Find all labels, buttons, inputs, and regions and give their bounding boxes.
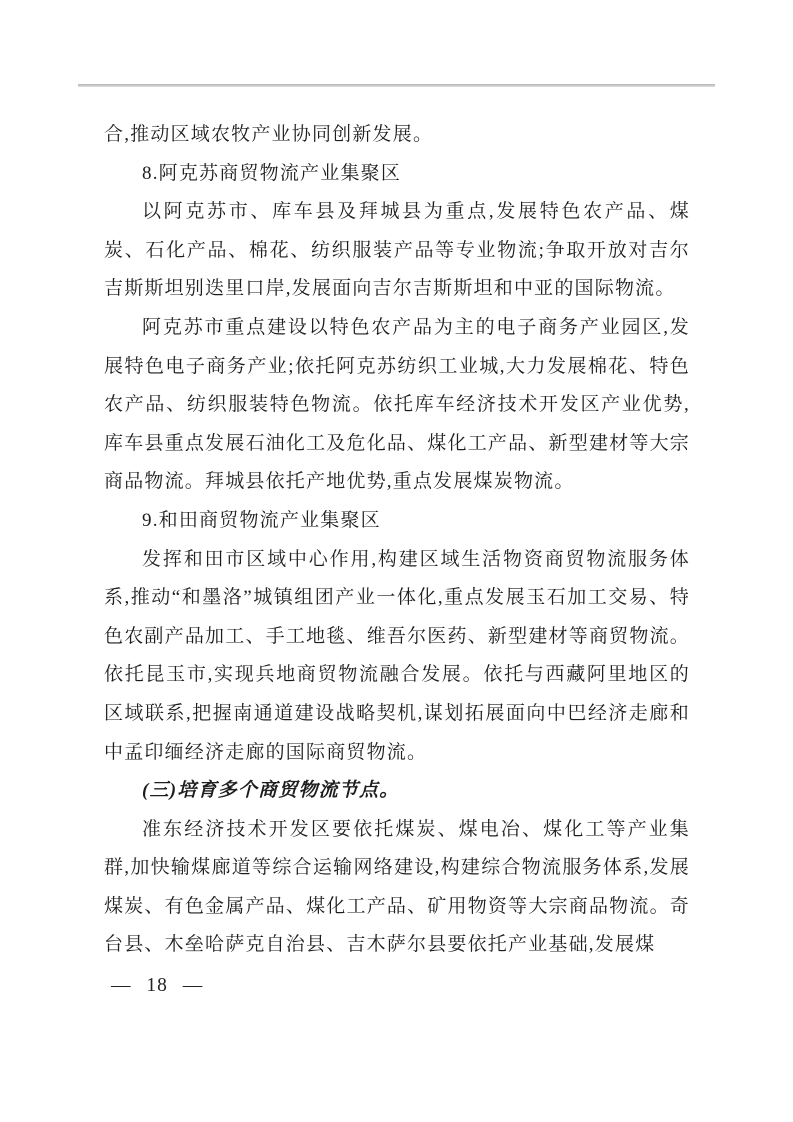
paragraph-continuation: 合,推动区域农牧产业协同创新发展。: [104, 116, 690, 155]
paragraph: 发挥和田市区域中心作用,构建区域生活物资商贸物流服务体系,推动“和墨洛”城镇组团…: [104, 541, 690, 773]
document-page: 合,推动区域农牧产业协同创新发展。 8.阿克苏商贸物流产业集聚区 以阿克苏市、库…: [0, 0, 793, 1122]
header-rule: [78, 84, 715, 87]
paragraph: 以阿克苏市、库车县及拜城县为重点,发展特色农产品、煤炭、石化产品、棉花、纺织服装…: [104, 193, 690, 309]
paragraph: 准东经济技术开发区要依托煤炭、煤电冶、煤化工等产业集群,加快输煤廊道等综合运输网…: [104, 811, 690, 965]
heading-subsection-3: (三)培育多个商贸物流节点。: [104, 772, 690, 811]
paragraph: 阿克苏市重点建设以特色农产品为主的电子商务产业园区,发展特色电子商务产业;依托阿…: [104, 309, 690, 502]
heading-section-8: 8.阿克苏商贸物流产业集聚区: [104, 155, 690, 194]
page-number: — 18 —: [111, 971, 203, 1001]
document-body: 合,推动区域农牧产业协同创新发展。 8.阿克苏商贸物流产业集聚区 以阿克苏市、库…: [104, 116, 690, 965]
heading-section-9: 9.和田商贸物流产业集聚区: [104, 502, 690, 541]
